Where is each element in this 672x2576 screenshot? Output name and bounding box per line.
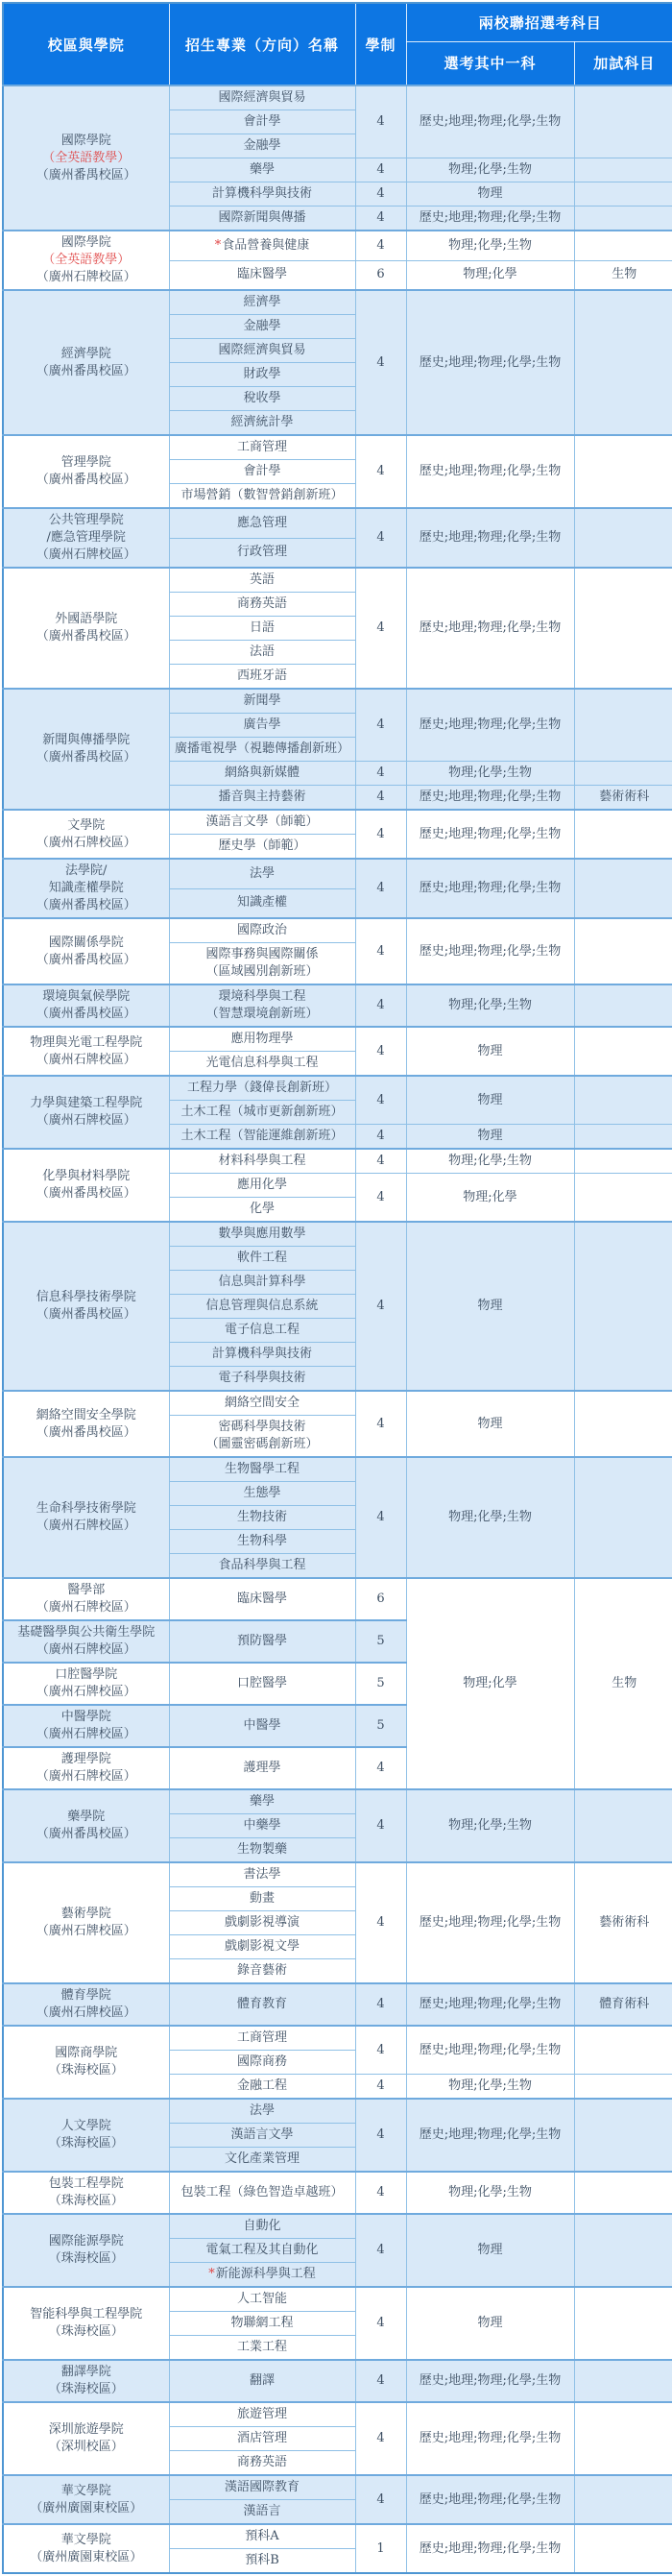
program-name: 國際事務與國際關係 [172, 946, 353, 963]
choose-one-subject-cell: 物理 [406, 1076, 574, 1125]
program-cell: 光電信息科學與工程 [169, 1052, 355, 1077]
program-name: 日語 [250, 620, 275, 635]
table-row: 包裝工程學院（珠海校區）包裝工程（綠色智造卓越班）4物理;化學;生物 [3, 2172, 672, 2214]
choose-one-subject-cell: 歷史;地理;物理;化學;生物 [406, 859, 574, 918]
table-row: 新聞與傳播學院（廣州番禺校區）新聞學4歷史;地理;物理;化學;生物 [3, 689, 672, 714]
college-name-line: 華文學院 [6, 2532, 167, 2549]
program-cell: 漢語國際教育 [169, 2475, 355, 2500]
duration-cell: 4 [355, 1457, 406, 1578]
choose-one-subject-cell: 歷史;地理;物理;化學;生物 [406, 2026, 574, 2075]
choose-one-subject-cell: 歷史;地理;物理;化學;生物 [406, 568, 574, 689]
program-name: 漢語言文學 [230, 2127, 293, 2142]
program-name: 財政學 [243, 367, 280, 381]
additional-subject-cell [574, 1149, 672, 1174]
choose-one-subject-cell: 物理;化學;生物 [406, 762, 574, 786]
duration-cell: 4 [355, 786, 406, 811]
program-name: 應用化學 [237, 1178, 287, 1192]
college-name-line: （廣州石牌校區） [6, 2005, 167, 2022]
college-name-line: 國際關係學院 [6, 935, 167, 952]
choose-one-subject-cell: 歷史;地理;物理;化學;生物 [406, 85, 574, 158]
program-cell: 口腔醫學 [169, 1663, 355, 1705]
program-cell: 商務英語 [169, 593, 355, 617]
program-name: 國際經濟與貿易 [218, 90, 305, 105]
table-row: 國際關係學院（廣州番禺校區）國際政治4歷史;地理;物理;化學;生物 [3, 918, 672, 943]
program-name: 電氣工程及其自動化 [205, 2243, 318, 2257]
header-additional-subject: 加試科目 [574, 41, 672, 85]
college-cell: 基礎醫學與公共衛生學院（廣州石牌校區） [3, 1620, 169, 1663]
choose-one-subject-cell: 物理;化學 [406, 1174, 574, 1223]
duration-cell: 4 [355, 182, 406, 207]
program-name: 金融學 [243, 138, 280, 153]
program-name: 國際商務 [237, 2054, 287, 2069]
program-cell: 網絡與新媒體 [169, 762, 355, 786]
additional-subject-cell: 藝術術科 [574, 1862, 672, 1983]
table-row: 翻譯學院（珠海校區）翻譯4歷史;地理;物理;化學;生物 [3, 2360, 672, 2402]
college-name-line: （廣州石牌校區） [6, 1052, 167, 1069]
college-cell: 經濟學院（廣州番禺校區） [3, 290, 169, 435]
program-cell: 化學 [169, 1198, 355, 1223]
college-name-line: （珠海校區） [6, 2381, 167, 2398]
program-cell: 日語 [169, 617, 355, 641]
college-name-line: （廣州石牌校區） [6, 1923, 167, 1940]
program-cell: 經濟學 [169, 290, 355, 315]
duration-cell: 4 [355, 290, 406, 435]
college-name-line: （廣州番禺校區） [6, 472, 167, 489]
college-name-line: （珠海校區） [6, 2062, 167, 2079]
program-name: 戲劇影視導演 [225, 1915, 300, 1930]
table-row: 藝術學院（廣州石牌校區）書法學4歷史;地理;物理;化學;生物藝術術科 [3, 1862, 672, 1887]
table-row: 國際學院（全英語教學）（廣州石牌校區）*食品營養與健康4物理;化學;生物 [3, 231, 672, 260]
program-cell: 預科B [169, 2549, 355, 2574]
choose-one-subject-cell: 物理 [406, 1222, 574, 1391]
duration-cell: 4 [355, 762, 406, 786]
program-name: 應急管理 [237, 516, 287, 530]
college-name-line: 口腔醫學院 [6, 1666, 167, 1684]
program-cell: 護理學 [169, 1747, 355, 1789]
additional-subject-cell [574, 158, 672, 182]
program-name: 計算機科學與技術 [212, 1347, 312, 1361]
table-row: 管理學院（廣州番禺校區）工商管理4歷史;地理;物理;化學;生物 [3, 435, 672, 460]
program-name: 市場營銷（數智營銷創新班） [180, 488, 343, 502]
program-cell: 金融工程 [169, 2075, 355, 2100]
program-cell: 應急管理 [169, 508, 355, 538]
additional-subject-cell [574, 762, 672, 786]
program-name: 信息管理與信息系統 [205, 1299, 318, 1313]
additional-subject-cell: 體育術科 [574, 1983, 672, 2026]
program-cell: 法學 [169, 859, 355, 888]
college-name-line: 公共管理學院 [6, 512, 167, 529]
program-cell: 財政學 [169, 363, 355, 387]
duration-cell: 4 [355, 158, 406, 182]
program-name: 行政管理 [237, 545, 287, 559]
additional-subject-cell [574, 2075, 672, 2100]
program-cell: 生物醫學工程 [169, 1457, 355, 1482]
program-cell: 國際事務與國際關係（區域國別創新班） [169, 943, 355, 985]
college-name-line: （廣州番禺校區） [6, 1185, 167, 1203]
program-cell: 環境科學與工程（智慧環境創新班） [169, 984, 355, 1027]
college-cell: 文學院（廣州石牌校區） [3, 810, 169, 859]
college-cell: 管理學院（廣州番禺校區） [3, 435, 169, 508]
program-cell: 酒店管理 [169, 2427, 355, 2451]
program-name: 生物技術 [237, 1510, 287, 1524]
program-name: 護理學 [243, 1761, 280, 1775]
college-name-line: （廣州石牌校區） [6, 1726, 167, 1743]
duration-cell: 4 [355, 1391, 406, 1457]
college-name-line: /應急管理學院 [6, 529, 167, 547]
choose-one-subject-cell: 歷史;地理;物理;化學;生物 [406, 2475, 574, 2524]
college-name-line: 網絡空間安全學院 [6, 1407, 167, 1424]
program-name: 電子信息工程 [225, 1323, 300, 1337]
additional-subject-cell [574, 2475, 672, 2524]
program-cell: 計算機科學與技術 [169, 1343, 355, 1367]
college-name-line: 醫學部 [6, 1582, 167, 1599]
college-note-red: （全英語教學） [6, 252, 167, 269]
college-name-line: 環境與氣候學院 [6, 988, 167, 1006]
program-cell: 歷史學（師範） [169, 835, 355, 860]
college-name-line: 基礎醫學與公共衛生學院 [6, 1624, 167, 1641]
college-cell: 翻譯學院（珠海校區） [3, 2360, 169, 2402]
program-cell: 生物製藥 [169, 1838, 355, 1863]
additional-subject-cell [574, 2099, 672, 2172]
college-name-line: 經濟學院 [6, 346, 167, 363]
program-name: 藥學 [250, 162, 275, 177]
choose-one-subject-cell: 物理 [406, 1391, 574, 1457]
program-cell: 預科A [169, 2524, 355, 2549]
college-cell: 生命科學技術學院（廣州石牌校區） [3, 1457, 169, 1578]
college-name-line: （廣州廣園東校區） [6, 2500, 167, 2517]
college-name-line: （珠海校區） [6, 2135, 167, 2152]
program-name: 臨床醫學 [237, 1592, 287, 1606]
college-name-line: 信息科學技術學院 [6, 1289, 167, 1306]
table-row: 環境與氣候學院（廣州番禺校區）環境科學與工程（智慧環境創新班）4物理;化學;生物 [3, 984, 672, 1027]
college-cell: 網絡空間安全學院（廣州番禺校區） [3, 1391, 169, 1457]
program-name: 光電信息科學與工程 [205, 1056, 318, 1070]
college-name-line: （廣州番禺校區） [6, 628, 167, 645]
header-joint-exam-subjects: 兩校聯招選考科目 [406, 3, 672, 41]
program-name: 法學 [250, 2103, 275, 2118]
additional-subject-cell [574, 2026, 672, 2075]
program-cell: 稅收學 [169, 387, 355, 411]
additional-subject-cell [574, 182, 672, 207]
choose-one-subject-cell: 物理;化學;生物 [406, 231, 574, 260]
program-name: 中藥學 [243, 1818, 280, 1833]
program-cell: 人工智能 [169, 2287, 355, 2312]
additional-subject-cell [574, 810, 672, 859]
duration-cell: 4 [355, 207, 406, 231]
program-name: 會計學 [243, 464, 280, 478]
college-name-line: （廣州番禺校區） [6, 1826, 167, 1843]
college-cell: 國際能源學院（珠海校區） [3, 2214, 169, 2287]
program-cell: 預防醫學 [169, 1620, 355, 1663]
additional-subject-cell [574, 1076, 672, 1125]
program-name: 工商管理 [237, 2030, 287, 2045]
program-name: 軟件工程 [237, 1251, 287, 1265]
program-cell: 生物科學 [169, 1530, 355, 1554]
duration-cell: 4 [355, 2075, 406, 2100]
program-name: 生物科學 [237, 1534, 287, 1548]
program-name: 網絡與新媒體 [225, 766, 300, 780]
college-name-line: （廣州石牌校區） [6, 1112, 167, 1130]
program-cell: 戲劇影視文學 [169, 1935, 355, 1959]
duration-cell: 4 [355, 1862, 406, 1983]
choose-one-subject-cell: 物理;化學;生物 [406, 1789, 574, 1862]
star-mark: * [215, 238, 222, 253]
additional-subject-cell [574, 984, 672, 1027]
program-cell: 國際新聞與傳播 [169, 207, 355, 231]
table-row: 化學與材料學院（廣州番禺校區）材料科學與工程4物理;化學;生物 [3, 1149, 672, 1174]
college-name-line: 包裝工程學院 [6, 2175, 167, 2193]
college-name-line: （廣州石牌校區） [6, 1599, 167, 1616]
header-campus-college: 校區與學院 [3, 3, 169, 85]
program-name: 經濟統計學 [230, 415, 293, 429]
program-name: 書法學 [243, 1867, 280, 1882]
program-cell: 應用化學 [169, 1174, 355, 1198]
table-row: 文學院（廣州石牌校區）漢語言文學（師範）4歷史;地理;物理;化學;生物 [3, 810, 672, 835]
program-name: 英語 [250, 572, 275, 587]
program-cell: 工商管理 [169, 2026, 355, 2051]
header-choose-one-subject: 選考其中一科 [406, 41, 574, 85]
program-name: （區域國別創新班） [172, 963, 353, 981]
additional-subject-cell [574, 2360, 672, 2402]
college-name-line: 法學院/ [6, 863, 167, 880]
duration-cell: 4 [355, 568, 406, 689]
college-name-line: （廣州石牌校區） [6, 269, 167, 286]
program-name: 材料科學與工程 [218, 1154, 305, 1168]
additional-subject-cell [574, 2172, 672, 2214]
program-name: 生態學 [243, 1486, 280, 1500]
program-name: 商務英語 [237, 2455, 287, 2469]
header-program-name: 招生專業（方向）名稱 [169, 3, 355, 85]
table-row: 經濟學院（廣州番禺校區）經濟學4歷史;地理;物理;化學;生物 [3, 290, 672, 315]
program-name: 會計學 [243, 114, 280, 129]
program-cell: 會計學 [169, 460, 355, 484]
college-name-line: 中醫學院 [6, 1709, 167, 1726]
program-cell: 包裝工程（綠色智造卓越班） [169, 2172, 355, 2214]
program-cell: 漢語言文學 [169, 2124, 355, 2148]
program-name: 文化產業管理 [225, 2151, 300, 2166]
program-name: 包裝工程（綠色智造卓越班） [180, 2185, 343, 2199]
program-name: 國際經濟與貿易 [218, 343, 305, 357]
duration-cell: 4 [355, 435, 406, 508]
college-cell: 化學與材料學院（廣州番禺校區） [3, 1149, 169, 1222]
choose-one-subject-cell: 物理;化學;生物 [406, 1149, 574, 1174]
college-name-line: （廣州石牌校區） [6, 1518, 167, 1535]
program-name: 食品營養與健康 [222, 238, 309, 253]
table-row: 法學院/知識產權學院（廣州番禺校區）法學4歷史;地理;物理;化學;生物 [3, 859, 672, 888]
program-name: 法學 [250, 866, 275, 881]
program-name: 漢語言 [243, 2504, 280, 2518]
table-row: 公共管理學院/應急管理學院（廣州石牌校區）應急管理4歷史;地理;物理;化學;生物 [3, 508, 672, 538]
college-name-line: 國際學院 [6, 133, 167, 150]
table-row: 國際商學院（珠海校區）工商管理4歷史;地理;物理;化學;生物 [3, 2026, 672, 2051]
college-cell: 體育學院（廣州石牌校區） [3, 1983, 169, 2026]
college-name-line: 國際學院 [6, 234, 167, 252]
choose-one-subject-cell: 歷史;地理;物理;化學;生物 [406, 1862, 574, 1983]
program-name: 食品科學與工程 [218, 1558, 305, 1572]
choose-one-subject-cell: 歷史;地理;物理;化學;生物 [406, 2402, 574, 2475]
choose-one-subject-cell: 物理 [406, 1125, 574, 1150]
college-name-line: 翻譯學院 [6, 2364, 167, 2381]
additional-subject-cell [574, 290, 672, 435]
duration-cell: 4 [355, 1747, 406, 1789]
program-name: 應用物理學 [230, 1032, 293, 1046]
program-name: 新聞學 [243, 693, 280, 708]
program-name: 播音與主持藝術 [218, 790, 305, 804]
college-name-line: 國際商學院 [6, 2045, 167, 2062]
program-name: 體育教育 [237, 1997, 287, 2011]
additional-subject-cell [574, 2214, 672, 2287]
duration-cell: 1 [355, 2524, 406, 2573]
duration-cell: 4 [355, 2026, 406, 2075]
program-name: 物聯網工程 [230, 2316, 293, 2330]
program-cell: 金融學 [169, 315, 355, 339]
table-row: 華文學院（廣州廣園東校區）漢語國際教育4歷史;地理;物理;化學;生物 [3, 2475, 672, 2500]
duration-cell: 4 [355, 1076, 406, 1125]
college-cell: 物理與光電工程學院（廣州石牌校區） [3, 1027, 169, 1076]
table-row: 藥學院（廣州番禺校區）藥學4物理;化學;生物 [3, 1789, 672, 1814]
additional-subject-cell [574, 1027, 672, 1076]
choose-one-subject-cell: 歷史;地理;物理;化學;生物 [406, 2360, 574, 2402]
college-cell: 華文學院（廣州廣園東校區） [3, 2475, 169, 2524]
college-name-line: （廣州石牌校區） [6, 835, 167, 852]
program-name: 預科B [245, 2553, 279, 2567]
program-name: 自動化 [243, 2219, 280, 2233]
college-note-red: （全英語教學） [6, 150, 167, 167]
duration-cell: 4 [355, 2475, 406, 2524]
program-name: 錄音藝術 [237, 1963, 287, 1978]
program-name: 酒店管理 [237, 2431, 287, 2445]
program-cell: 國際政治 [169, 918, 355, 943]
program-cell: 電氣工程及其自動化 [169, 2239, 355, 2263]
header-duration: 學制 [355, 3, 406, 85]
program-cell: 旅遊管理 [169, 2402, 355, 2427]
additional-subject-cell [574, 435, 672, 508]
program-name: 生物醫學工程 [225, 1462, 300, 1476]
program-name: 人工智能 [237, 2292, 287, 2306]
program-cell: 文化產業管理 [169, 2148, 355, 2173]
additional-subject-cell: 生物 [574, 1578, 672, 1789]
program-cell: 臨床醫學 [169, 1578, 355, 1620]
program-cell: 漢語言 [169, 2500, 355, 2525]
college-name-line: 化學與材料學院 [6, 1168, 167, 1185]
college-name-line: （廣州廣園東校區） [6, 2549, 167, 2566]
college-name-line: （廣州番禺校區） [6, 952, 167, 969]
program-name: 漢語言文學（師範） [205, 814, 318, 829]
program-cell: 廣播電視學（視聽傳播創新班） [169, 738, 355, 762]
program-cell: 電子信息工程 [169, 1319, 355, 1343]
program-cell: 國際經濟與貿易 [169, 339, 355, 363]
program-name: 臨床醫學 [237, 267, 287, 281]
choose-one-subject-cell: 歷史;地理;物理;化學;生物 [406, 1983, 574, 2026]
additional-subject-cell [574, 859, 672, 918]
program-cell: *食品營養與健康 [169, 231, 355, 260]
program-cell: 法學 [169, 2099, 355, 2124]
program-name: 動畫 [250, 1891, 275, 1906]
table-row: 物理與光電工程學院（廣州石牌校區）應用物理學4物理 [3, 1027, 672, 1052]
college-cell: 國際學院（全英語教學）（廣州石牌校區） [3, 231, 169, 290]
additional-subject-cell [574, 1391, 672, 1457]
program-cell: 臨床醫學 [169, 260, 355, 290]
college-cell: 外國語學院（廣州番禺校區） [3, 568, 169, 689]
program-cell: 電子科學與技術 [169, 1367, 355, 1392]
program-cell: 藥學 [169, 158, 355, 182]
choose-one-subject-cell: 歷史;地理;物理;化學;生物 [406, 689, 574, 762]
college-name-line: 生命科學技術學院 [6, 1500, 167, 1518]
program-cell: 知識產權 [169, 888, 355, 918]
table-row: 力學與建築工程學院（廣州石牌校區）工程力學（錢偉長創新班）4物理 [3, 1076, 672, 1101]
college-name-line: （廣州番禺校區） [6, 167, 167, 184]
additional-subject-cell [574, 918, 672, 984]
program-cell: 國際經濟與貿易 [169, 85, 355, 110]
college-name-line: 力學與建築工程學院 [6, 1095, 167, 1112]
program-name: 土木工程（城市更新創新班） [180, 1105, 343, 1119]
program-cell: 漢語言文學（師範） [169, 810, 355, 835]
college-name-line: 知識產權學院 [6, 880, 167, 897]
program-cell: 工程力學（錢偉長創新班） [169, 1076, 355, 1101]
additional-subject-cell [574, 231, 672, 260]
program-cell: 食品科學與工程 [169, 1554, 355, 1579]
college-cell: 公共管理學院/應急管理學院（廣州石牌校區） [3, 508, 169, 568]
college-cell: 口腔醫學院（廣州石牌校區） [3, 1663, 169, 1705]
duration-cell: 4 [355, 2099, 406, 2172]
table-row: 外國語學院（廣州番禺校區）英語4歷史;地理;物理;化學;生物 [3, 568, 672, 593]
duration-cell: 5 [355, 1620, 406, 1663]
college-name-line: （珠海校區） [6, 2250, 167, 2268]
college-name-line: 管理學院 [6, 454, 167, 472]
program-cell: 錄音藝術 [169, 1959, 355, 1984]
program-cell: 播音與主持藝術 [169, 786, 355, 811]
choose-one-subject-cell: 物理 [406, 1027, 574, 1076]
table-row: 人文學院（珠海校區）法學4歷史;地理;物理;化學;生物 [3, 2099, 672, 2124]
program-cell: 數學與應用數學 [169, 1222, 355, 1247]
college-cell: 國際關係學院（廣州番禺校區） [3, 918, 169, 984]
table-row: 智能科學與工程學院（珠海校區）人工智能4物理 [3, 2287, 672, 2312]
program-name: 知識產權 [237, 895, 287, 910]
program-cell: 西班牙語 [169, 665, 355, 690]
duration-cell: 4 [355, 1125, 406, 1150]
college-name-line: （廣州石牌校區） [6, 1641, 167, 1659]
college-cell: 新聞與傳播學院（廣州番禺校區） [3, 689, 169, 810]
duration-cell: 4 [355, 2172, 406, 2214]
additional-subject-cell [574, 1174, 672, 1223]
program-name: 新能源科學與工程 [216, 2267, 316, 2281]
college-name-line: （廣州番禺校區） [6, 1306, 167, 1324]
program-name: 數學與應用數學 [218, 1227, 305, 1241]
program-cell: 工商管理 [169, 435, 355, 460]
program-cell: 生態學 [169, 1482, 355, 1506]
admissions-table: 校區與學院 招生專業（方向）名稱 學制 兩校聯招選考科目 選考其中一科 加試科目… [2, 2, 672, 2574]
program-name: 信息與計算科學 [218, 1275, 305, 1289]
program-cell: 市場營銷（數智營銷創新班） [169, 484, 355, 509]
table-body: 國際學院（全英語教學）（廣州番禺校區）國際經濟與貿易4歷史;地理;物理;化學;生… [3, 85, 672, 2573]
table-row: 生命科學技術學院（廣州石牌校區）生物醫學工程4物理;化學;生物 [3, 1457, 672, 1482]
program-name: 環境科學與工程 [172, 988, 353, 1006]
duration-cell: 4 [355, 689, 406, 762]
duration-cell: 5 [355, 1663, 406, 1705]
program-name: 密碼科學與技術 [172, 1419, 353, 1436]
college-name-line: 外國語學院 [6, 611, 167, 628]
program-cell: 戲劇影視導演 [169, 1911, 355, 1935]
college-cell: 醫學部（廣州石牌校區） [3, 1578, 169, 1620]
college-name-line: 智能科學與工程學院 [6, 2306, 167, 2323]
duration-cell: 5 [355, 1705, 406, 1747]
college-cell: 藝術學院（廣州石牌校區） [3, 1862, 169, 1983]
program-name: 計算機科學與技術 [212, 186, 312, 201]
program-name: 電子科學與技術 [218, 1371, 305, 1385]
table-header: 校區與學院 招生專業（方向）名稱 學制 兩校聯招選考科目 選考其中一科 加試科目 [3, 3, 672, 85]
program-name: 預防醫學 [237, 1634, 287, 1648]
additional-subject-cell [574, 1125, 672, 1150]
